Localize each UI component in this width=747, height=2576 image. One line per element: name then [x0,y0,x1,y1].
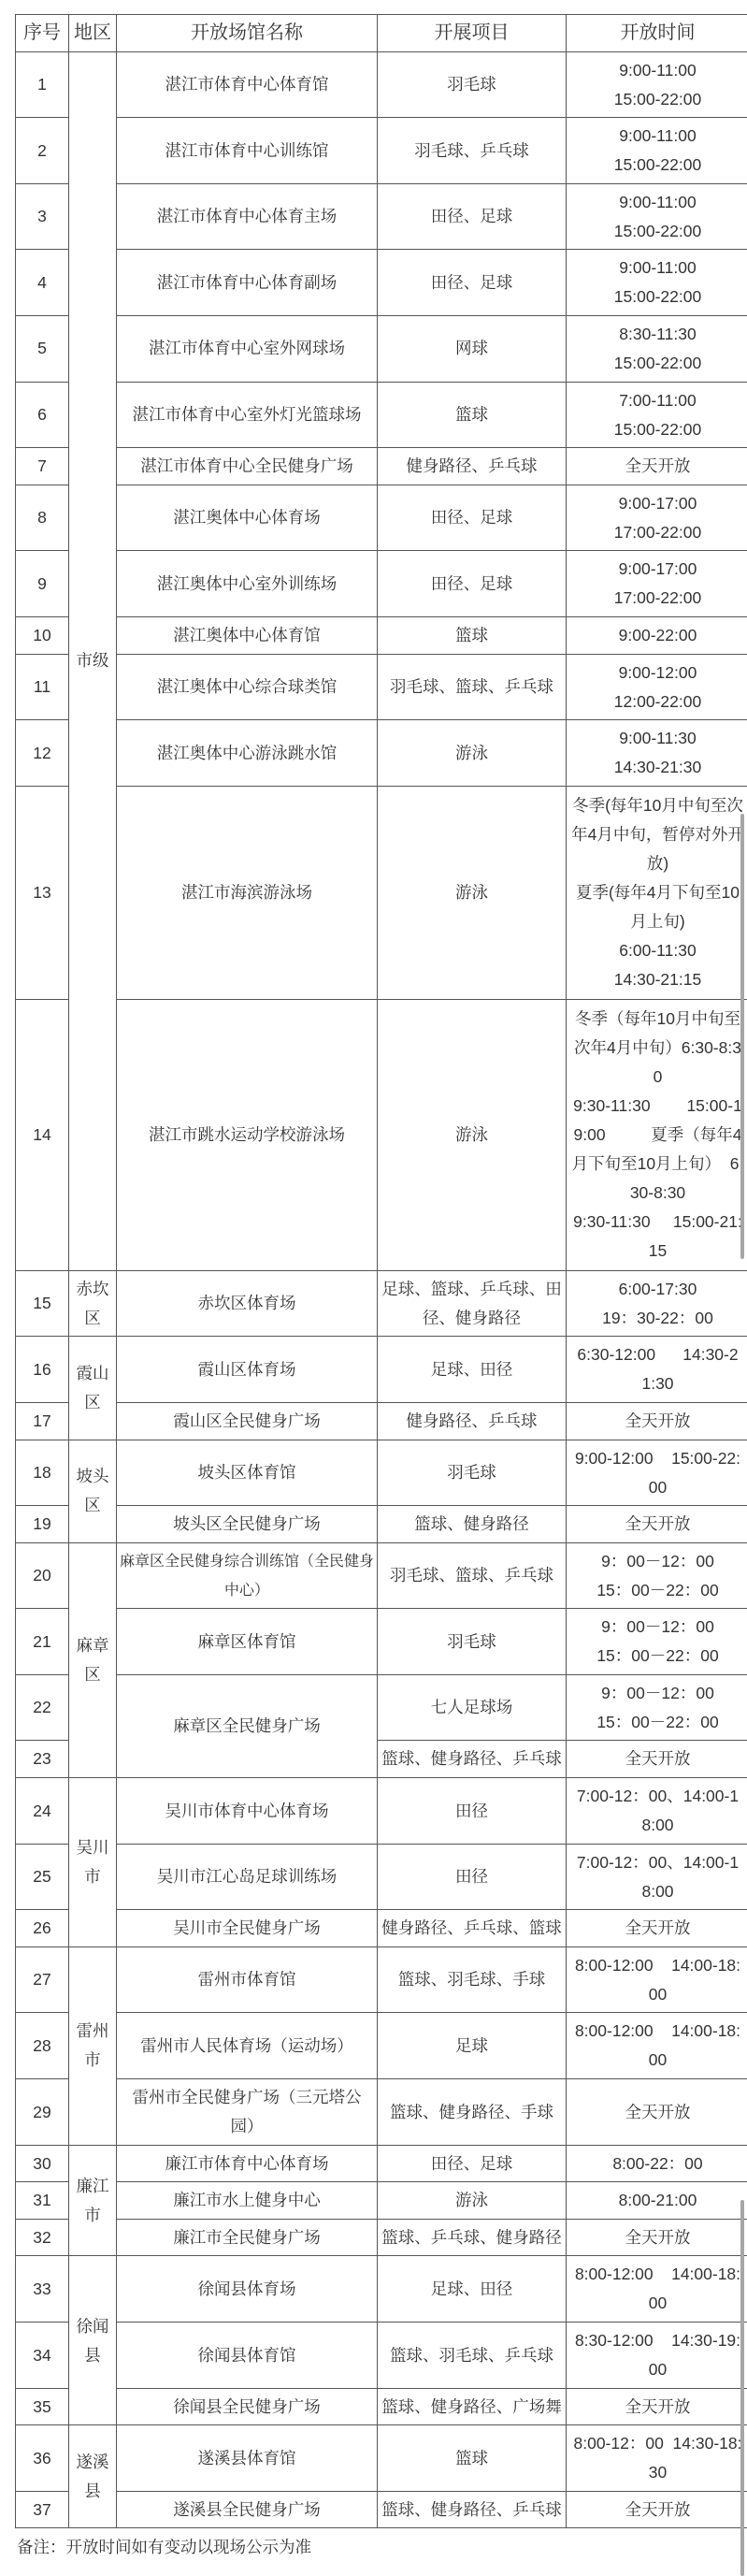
cell-venue: 吴川市江心岛足球训练场 [117,1844,378,1910]
table-row: 31廉江市水上健身中心游泳8:00-21:00 [16,2182,747,2220]
table-header: 序号 地区 开放场馆名称 开展项目 开放时间 [16,15,747,52]
header-projects: 开展项目 [378,15,567,52]
cell-venue: 霞山区体育场 [117,1337,378,1403]
cell-time-text: 9:00-12:00 15:00-22: 00 [568,1444,747,1502]
cell-venue: 麻章区全民健身广场 [117,1674,378,1777]
cell-projects: 篮球、健身路径 [378,1506,567,1543]
cell-no-text: 13 [18,878,66,907]
cell-projects-text: 篮球、羽毛球、手球 [380,1965,564,1994]
cell-no: 12 [16,720,69,787]
cell-no: 20 [16,1542,69,1609]
cell-no-text: 20 [18,1561,66,1590]
cell-no-text: 36 [18,2444,66,2473]
cell-projects: 健身路径、乒乓球、篮球 [378,1910,567,1947]
cell-venue: 坡头区全民健身广场 [117,1506,378,1543]
cell-projects-text: 篮球、健身路径、手球 [380,2098,564,2127]
cell-region-text: 麻章区 [71,1631,114,1689]
cell-venue-text: 遂溪县全民健身广场 [119,2496,375,2525]
cell-no-text: 37 [18,2496,66,2525]
cell-region: 遂溪县 [69,2425,117,2528]
cell-time-text: 全天开放 [568,2393,747,2422]
cell-venue-text: 湛江市体育中心训练馆 [119,137,375,166]
cell-projects-text: 健身路径、乒乓球 [380,452,564,481]
cell-no-text: 25 [18,1862,66,1891]
cell-no: 34 [16,2323,69,2389]
cell-time-text: 7:00-12：00、14:00-1 8:00 [568,1782,747,1840]
cell-no: 5 [16,315,69,382]
cell-time: 9:00-17:00 17:00-22:00 [567,551,747,617]
table-row: 30廉江市廉江市体育中心体育场田径、足球8:00-22：00 [16,2145,747,2182]
cell-no: 22 [16,1674,69,1741]
cell-projects-text: 篮球、乒乓球、健身路径 [380,2223,564,2252]
cell-projects: 篮球 [378,616,567,654]
cell-time: 全天开放 [567,2219,747,2256]
cell-projects-text: 足球、篮球、乒乓球、田 径、健身路径 [380,1275,564,1333]
cell-venue: 湛江市海滨游泳场 [117,786,378,999]
cell-no: 10 [16,616,69,654]
cell-time-text: 9:00-11:30 14:30-21:30 [568,724,747,782]
cell-region: 市级 [69,51,117,1270]
cell-time-text: 6:00-17:30 19：30-22：00 [568,1275,747,1333]
cell-venue-text: 湛江奥体中心体育馆 [119,621,375,650]
cell-projects: 篮球、羽毛球、手球 [378,1946,567,2013]
cell-time-text: 9:00-11:00 15:00-22:00 [568,253,747,311]
cell-venue-text: 湛江市体育中心室外网球场 [119,334,375,363]
cell-venue: 湛江奥体中心体育场 [117,485,378,551]
cell-venue-text: 湛江市体育中心室外灯光篮球场 [119,400,375,429]
header-row: 序号 地区 开放场馆名称 开展项目 开放时间 [16,15,747,52]
cell-no-text: 30 [18,2149,66,2178]
table-row: 34徐闻县体育馆篮球、羽毛球、乒乓球8:30-12:00 14:30-19: 0… [16,2323,747,2389]
cell-time: 全天开放 [567,1402,747,1440]
cell-projects: 田径、足球 [378,250,567,316]
cell-projects: 田径、足球 [378,183,567,250]
cell-time: 7:00-11:00 15:00-22:00 [567,382,747,448]
cell-region: 坡头区 [69,1440,117,1542]
cell-time: 全天开放 [567,2388,747,2425]
cell-venue: 吴川市全民健身广场 [117,1910,378,1947]
cell-no: 9 [16,551,69,617]
cell-venue-text: 廉江市全民健身广场 [119,2223,375,2252]
cell-no: 8 [16,485,69,551]
table-row: 9湛江奥体中心室外训练场田径、足球9:00-17:00 17:00-22:00 [16,551,747,617]
cell-no-text: 14 [18,1121,66,1150]
cell-projects: 田径 [378,1844,567,1910]
cell-projects-text: 游泳 [380,2186,564,2215]
cell-time-text: 9:00-22:00 [568,621,747,650]
cell-time: 8:00-21:00 [567,2182,747,2220]
cell-venue-text: 吴川市体育中心体育场 [119,1797,375,1826]
table-row: 13湛江市海滨游泳场游泳冬季(每年10月中旬至次 年4月中旬，暂停对外开 放) … [16,786,747,999]
cell-venue: 湛江市体育中心体育副场 [117,250,378,316]
cell-no: 27 [16,1946,69,2013]
cell-projects: 游泳 [378,786,567,999]
cell-venue: 麻章区全民健身综合训练馆（全民健身 中心） [117,1542,378,1609]
cell-projects-text: 七人足球场 [380,1693,564,1722]
cell-venue-text: 雷州市体育馆 [119,1965,375,1994]
cell-projects-text: 足球 [380,2032,564,2061]
cell-no-text: 32 [18,2223,66,2252]
cell-projects: 篮球、乒乓球、健身路径 [378,2219,567,2256]
cell-time: 9：00－12：00 15：00－22：00 [567,1609,747,1675]
cell-time: 8:30-12:00 14:30-19: 00 [567,2323,747,2389]
cell-venue-text: 廉江市体育中心体育场 [119,2149,375,2178]
cell-projects: 健身路径、乒乓球 [378,1402,567,1440]
cell-venue-text: 麻章区全民健身综合训练馆（全民健身 中心） [119,1547,375,1605]
cell-projects: 篮球、健身路径、广场舞 [378,2388,567,2425]
cell-no-text: 4 [18,268,66,297]
cell-time: 8:00-12:00 14:00-18: 00 [567,2256,747,2323]
cell-projects-text: 足球、田径 [380,2275,564,2304]
cell-time-text: 全天开放 [568,2496,747,2525]
cell-projects: 篮球 [378,382,567,448]
cell-time-text: 冬季（每年10月中旬至 次年4月中旬）6:30-8:3 0 9:30-11:30… [568,1005,747,1266]
cell-time: 全天开放 [567,1741,747,1778]
cell-time: 9:00-11:00 15:00-22:00 [567,51,747,118]
cell-projects-text: 田径、足球 [380,202,564,231]
cell-venue-text: 徐闻县体育馆 [119,2341,375,2370]
cell-projects: 健身路径、乒乓球 [378,448,567,485]
cell-no: 32 [16,2219,69,2256]
venue-schedule-table: 序号 地区 开放场馆名称 开展项目 开放时间 1市级湛江市体育中心体育馆羽毛球9… [15,14,747,2528]
cell-region: 麻章区 [69,1542,117,1777]
cell-region: 雷州市 [69,1946,117,2145]
cell-projects: 游泳 [378,999,567,1270]
cell-time: 9:00-22:00 [567,616,747,654]
table-row: 27雷州市雷州市体育馆篮球、羽毛球、手球8:00-12:00 14:00-18:… [16,1946,747,2013]
cell-projects-text: 羽毛球 [380,70,564,99]
cell-projects-text: 篮球 [380,400,564,429]
cell-time-text: 9:00-11:00 15:00-22:00 [568,122,747,180]
cell-time: 9：00－12：00 15：00－22：00 [567,1674,747,1741]
cell-venue: 徐闻县体育馆 [117,2323,378,2389]
cell-no-text: 16 [18,1355,66,1384]
cell-time-text: 8:00-21:00 [568,2186,747,2215]
cell-no-text: 27 [18,1965,66,1994]
cell-venue-text: 徐闻县全民健身广场 [119,2393,375,2422]
cell-time: 6:30-12:00 14:30-2 1:30 [567,1337,747,1403]
cell-projects-text: 足球、田径 [380,1355,564,1384]
cell-time-text: 9：00－12：00 15：00－22：00 [568,1613,747,1671]
cell-region: 廉江市 [69,2145,117,2256]
cell-no: 14 [16,999,69,1270]
cell-no: 2 [16,118,69,184]
table-row: 35徐闻县全民健身广场篮球、健身路径、广场舞全天开放 [16,2388,747,2425]
cell-venue: 麻章区体育馆 [117,1609,378,1675]
table-row: 28雷州市人民体育场（运动场）足球8:00-12:00 14:00-18: 00 [16,2013,747,2079]
cell-venue: 湛江市体育中心体育馆 [117,51,378,118]
cell-time: 9:00-11:00 15:00-22:00 [567,118,747,184]
cell-time-text: 全天开放 [568,1914,747,1943]
cell-region-text: 赤坎区 [71,1275,114,1333]
cell-venue-text: 湛江市体育中心全民健身广场 [119,452,375,481]
cell-no: 17 [16,1402,69,1440]
cell-no: 30 [16,2145,69,2182]
table-row: 19坡头区全民健身广场篮球、健身路径全天开放 [16,1506,747,1543]
cell-projects-text: 篮球、健身路径 [380,1510,564,1539]
table-row: 11湛江奥体中心综合球类馆羽毛球、篮球、乒乓球9:00-12:00 12:00-… [16,654,747,720]
cell-projects: 篮球、羽毛球、乒乓球 [378,2323,567,2389]
cell-region-text: 霞山区 [71,1359,114,1417]
cell-projects-text: 健身路径、乒乓球 [380,1407,564,1436]
table-row: 10湛江奥体中心体育馆篮球9:00-22:00 [16,616,747,654]
cell-no-text: 23 [18,1744,66,1773]
cell-no-text: 28 [18,2032,66,2061]
cell-venue: 湛江市体育中心全民健身广场 [117,448,378,485]
cell-projects: 七人足球场 [378,1674,567,1741]
cell-venue-text: 霞山区体育场 [119,1355,375,1384]
table-row: 17霞山区全民健身广场健身路径、乒乓球全天开放 [16,1402,747,1440]
cell-time-text: 全天开放 [568,2098,747,2127]
cell-projects-text: 羽毛球、乒乓球 [380,137,564,166]
table-row: 25吴川市江心岛足球训练场田径7:00-12：00、14:00-1 8:00 [16,1844,747,1910]
cell-no: 33 [16,2256,69,2323]
cell-time: 8:30-11:30 15:00-22:00 [567,315,747,382]
cell-time-text: 9:00-11:00 15:00-22:00 [568,188,747,246]
cell-projects: 足球、篮球、乒乓球、田 径、健身路径 [378,1270,567,1337]
cell-no-text: 2 [18,137,66,166]
cell-time: 冬季(每年10月中旬至次 年4月中旬，暂停对外开 放) 夏季(每年4月下旬至10… [567,786,747,999]
cell-venue: 遂溪县全民健身广场 [117,2491,378,2528]
cell-time: 全天开放 [567,448,747,485]
cell-projects-text: 篮球 [380,621,564,650]
cell-no: 13 [16,786,69,999]
cell-time-text: 8:00-12:00 14:00-18: 00 [568,2017,747,2075]
cell-time: 8:00-12:00 14:00-18: 00 [567,2013,747,2079]
cell-venue: 吴川市体育中心体育场 [117,1778,378,1845]
cell-no: 28 [16,2013,69,2079]
cell-time-text: 全天开放 [568,452,747,481]
cell-projects: 游泳 [378,2182,567,2220]
cell-no-text: 9 [18,570,66,599]
table-row: 16霞山区霞山区体育场足球、田径6:30-12:00 14:30-2 1:30 [16,1337,747,1403]
cell-time: 9：00－12：00 15：00－22：00 [567,1542,747,1609]
cell-venue: 湛江市体育中心训练馆 [117,118,378,184]
cell-time: 全天开放 [567,2491,747,2528]
cell-projects: 羽毛球、乒乓球 [378,118,567,184]
cell-venue-text: 徐闻县体育场 [119,2275,375,2304]
cell-no-text: 6 [18,400,66,429]
cell-projects-text: 篮球、羽毛球、乒乓球 [380,2341,564,2370]
cell-no: 21 [16,1609,69,1675]
cell-projects-text: 田径、足球 [380,2149,564,2178]
cell-projects: 网球 [378,315,567,382]
cell-no: 15 [16,1270,69,1337]
cell-no-text: 34 [18,2341,66,2370]
cell-projects-text: 田径、足球 [380,503,564,532]
cell-time-text: 7:00-11:00 15:00-22:00 [568,386,747,444]
cell-projects-text: 网球 [380,334,564,363]
cell-time-text: 8:00-12:00 14:00-18: 00 [568,1951,747,2009]
cell-projects-text: 篮球、健身路径、乒乓球 [380,1744,564,1773]
cell-time-text: 7:00-12：00、14:00-1 8:00 [568,1848,747,1906]
cell-time-text: 全天开放 [568,1744,747,1773]
cell-no: 3 [16,183,69,250]
cell-no-text: 8 [18,503,66,532]
cell-time-text: 8:30-11:30 15:00-22:00 [568,320,747,378]
cell-projects: 羽毛球 [378,1609,567,1675]
footer-note: 备注：开放时间如有变动以现场公示为准 [17,2533,311,2561]
cell-time: 6:00-17:30 19：30-22：00 [567,1270,747,1337]
cell-no: 31 [16,2182,69,2220]
header-region: 地区 [69,15,117,52]
header-time: 开放时间 [567,15,747,52]
cell-venue-text: 遂溪县体育馆 [119,2444,375,2473]
cell-no-text: 31 [18,2186,66,2215]
cell-time-text: 冬季(每年10月中旬至次 年4月中旬，暂停对外开 放) 夏季(每年4月下旬至10… [568,791,747,994]
cell-venue-text: 廉江市水上健身中心 [119,2186,375,2215]
cell-projects-text: 田径 [380,1862,564,1891]
cell-projects: 羽毛球 [378,51,567,118]
table-row: 12湛江奥体中心游泳跳水馆游泳9:00-11:30 14:30-21:30 [16,720,747,787]
cell-region-text: 吴川市 [71,1833,114,1891]
cell-venue-text: 赤坎区体育场 [119,1289,375,1318]
cell-projects-text: 羽毛球、篮球、乒乓球 [380,673,564,702]
cell-time: 9:00-11:00 15:00-22:00 [567,250,747,316]
cell-time: 9:00-17:00 17:00-22:00 [567,485,747,551]
cell-no: 23 [16,1741,69,1778]
cell-no-text: 35 [18,2393,66,2422]
cell-venue-text: 湛江市体育中心体育副场 [119,268,375,297]
cell-no-text: 1 [18,70,66,99]
cell-region: 徐闻县 [69,2256,117,2425]
table-row: 18坡头区坡头区体育馆羽毛球9:00-12:00 15:00-22: 00 [16,1440,747,1506]
cell-venue-text: 霞山区全民健身广场 [119,1407,375,1436]
cell-venue: 湛江市体育中心体育主场 [117,183,378,250]
table-row: 33徐闻县徐闻县体育场足球、田径8:00-12:00 14:00-18: 00 [16,2256,747,2323]
cell-projects: 田径 [378,1778,567,1845]
cell-time-text: 8:30-12:00 14:30-19: 00 [568,2326,747,2384]
cell-projects: 羽毛球 [378,1440,567,1506]
cell-time-text: 全天开放 [568,2223,747,2252]
cell-projects-text: 健身路径、乒乓球、篮球 [380,1914,564,1943]
cell-projects-text: 游泳 [380,1121,564,1150]
cell-venue-text: 吴川市江心岛足球训练场 [119,1862,375,1891]
cell-venue: 湛江奥体中心游泳跳水馆 [117,720,378,787]
cell-time-text: 9:00-11:00 15:00-22:00 [568,56,747,114]
cell-projects-text: 田径 [380,1797,564,1826]
cell-venue: 徐闻县体育场 [117,2256,378,2323]
cell-region-text: 坡头区 [71,1462,114,1520]
cell-venue-text: 湛江市海滨游泳场 [119,878,375,907]
table-row: 32廉江市全民健身广场篮球、乒乓球、健身路径全天开放 [16,2219,747,2256]
cell-region: 霞山区 [69,1337,117,1440]
table-row: 20麻章区麻章区全民健身综合训练馆（全民健身 中心）羽毛球、篮球、乒乓球9：00… [16,1542,747,1609]
cell-region-text: 廉江市 [71,2172,114,2230]
cell-venue-text: 雷州市人民体育场（运动场） [119,2032,375,2061]
cell-venue: 湛江奥体中心室外训练场 [117,551,378,617]
cell-projects: 羽毛球、篮球、乒乓球 [378,1542,567,1609]
cell-time: 8:00-12:00 14:00-18: 00 [567,1946,747,2013]
table-row: 3湛江市体育中心体育主场田径、足球9:00-11:00 15:00-22:00 [16,183,747,250]
cell-venue-text: 湛江奥体中心室外训练场 [119,570,375,599]
header-no: 序号 [16,15,69,52]
cell-venue-text: 吴川市全民健身广场 [119,1914,375,1943]
cell-time: 7:00-12：00、14:00-1 8:00 [567,1844,747,1910]
cell-no-text: 24 [18,1797,66,1826]
cell-time: 9:00-11:00 15:00-22:00 [567,183,747,250]
scrollbar-thumb[interactable] [740,2200,744,2576]
cell-projects: 篮球 [378,2425,567,2492]
cell-venue: 遂溪县体育馆 [117,2425,378,2492]
cell-venue-text: 坡头区全民健身广场 [119,1510,375,1539]
cell-venue-text: 湛江市体育中心体育馆 [119,70,375,99]
cell-projects-text: 篮球、健身路径、广场舞 [380,2393,564,2422]
cell-time: 9:00-12:00 12:00-22:00 [567,654,747,720]
cell-projects-text: 羽毛球 [380,1628,564,1657]
cell-region: 赤坎区 [69,1270,117,1337]
cell-no-text: 5 [18,334,66,363]
table-body: 1市级湛江市体育中心体育馆羽毛球9:00-11:00 15:00-22:002湛… [16,51,747,2528]
cell-venue: 湛江市跳水运动学校游泳场 [117,999,378,1270]
cell-no: 1 [16,51,69,118]
cell-venue: 湛江市体育中心室外网球场 [117,315,378,382]
cell-venue: 雷州市体育馆 [117,1946,378,2013]
cell-time-text: 全天开放 [568,1407,747,1436]
table-row: 2湛江市体育中心训练馆羽毛球、乒乓球9:00-11:00 15:00-22:00 [16,118,747,184]
cell-no: 6 [16,382,69,448]
cell-no-text: 15 [18,1289,66,1318]
cell-region-text: 雷州市 [71,2017,114,2075]
cell-no: 4 [16,250,69,316]
table-row: 8湛江奥体中心体育场田径、足球9:00-17:00 17:00-22:00 [16,485,747,551]
cell-venue: 霞山区全民健身广场 [117,1402,378,1440]
cell-time: 全天开放 [567,1506,747,1543]
cell-time-text: 8:00-12：00 14:30-18: 30 [568,2429,747,2487]
cell-no-text: 3 [18,202,66,231]
table-row: 21麻章区体育馆羽毛球9：00－12：00 15：00－22：00 [16,1609,747,1675]
cell-venue: 雷州市人民体育场（运动场） [117,2013,378,2079]
cell-time: 9:00-11:30 14:30-21:30 [567,720,747,787]
cell-projects-text: 游泳 [380,739,564,768]
table-row: 6湛江市体育中心室外灯光篮球场篮球7:00-11:00 15:00-22:00 [16,382,747,448]
cell-venue: 赤坎区体育场 [117,1270,378,1337]
cell-no: 36 [16,2425,69,2492]
table-row: 36遂溪县遂溪县体育馆篮球8:00-12：00 14:30-18: 30 [16,2425,747,2492]
scrollbar-thumb[interactable] [740,814,744,1259]
cell-no-text: 19 [18,1510,66,1539]
cell-venue: 湛江奥体中心体育馆 [117,616,378,654]
cell-projects-text: 田径、足球 [380,570,564,599]
cell-projects: 羽毛球、篮球、乒乓球 [378,654,567,720]
cell-venue-text: 湛江市体育中心体育主场 [119,202,375,231]
table-row: 15赤坎区赤坎区体育场足球、篮球、乒乓球、田 径、健身路径6:00-17:30 … [16,1270,747,1337]
cell-projects: 足球、田径 [378,1337,567,1403]
cell-venue: 徐闻县全民健身广场 [117,2388,378,2425]
table-row: 5湛江市体育中心室外网球场网球8:30-11:30 15:00-22:00 [16,315,747,382]
cell-region-text: 徐闻县 [71,2312,114,2370]
cell-no-text: 26 [18,1914,66,1943]
cell-no: 25 [16,1844,69,1910]
cell-venue: 湛江奥体中心综合球类馆 [117,654,378,720]
cell-no-text: 7 [18,452,66,481]
cell-time: 8:00-22：00 [567,2145,747,2182]
cell-projects-text: 篮球 [380,2444,564,2473]
table-row: 37遂溪县全民健身广场篮球、健身路径、乒乓球全天开放 [16,2491,747,2528]
cell-no: 29 [16,2079,69,2146]
table-row: 7湛江市体育中心全民健身广场健身路径、乒乓球全天开放 [16,448,747,485]
cell-time-text: 8:00-12:00 14:00-18: 00 [568,2260,747,2318]
cell-no: 16 [16,1337,69,1403]
cell-no-text: 10 [18,621,66,650]
cell-no-text: 33 [18,2275,66,2304]
cell-venue: 坡头区体育馆 [117,1440,378,1506]
cell-projects: 篮球、健身路径、手球 [378,2079,567,2146]
table-row: 24吴川市吴川市体育中心体育场田径7:00-12：00、14:00-1 8:00 [16,1778,747,1845]
cell-venue-text: 坡头区体育馆 [119,1458,375,1487]
cell-projects-text: 羽毛球 [380,1458,564,1487]
cell-venue-text: 湛江奥体中心游泳跳水馆 [119,739,375,768]
